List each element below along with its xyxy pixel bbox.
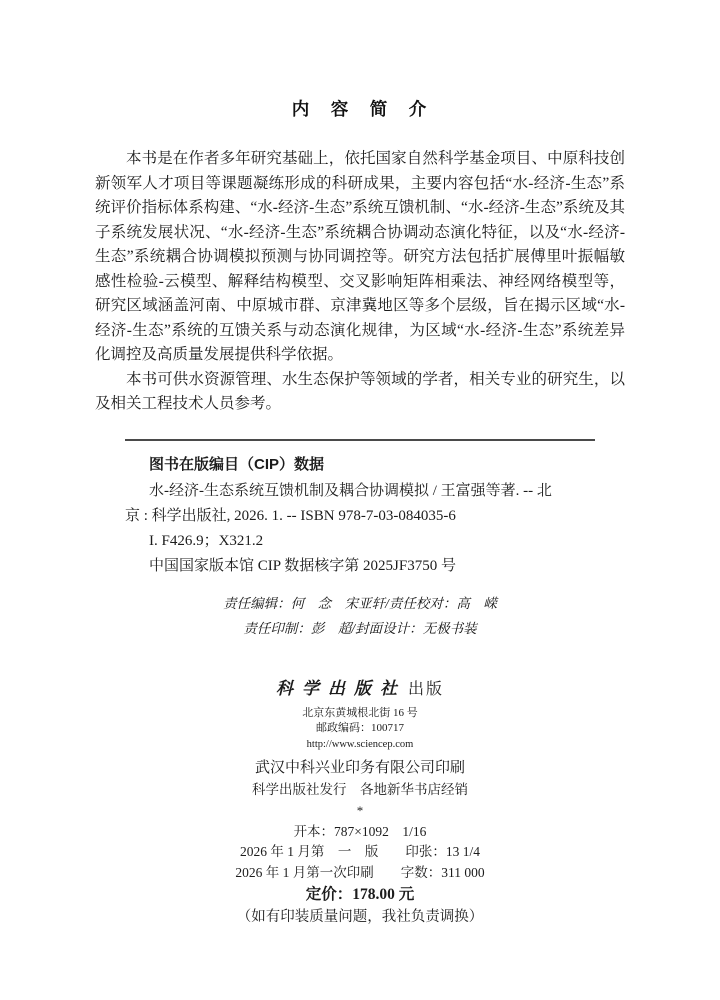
credits-printing-design-line: 责任印制：彭 超/封面设计：无极书装 bbox=[0, 616, 720, 641]
science-press-logo: 科学出版社 bbox=[276, 679, 406, 698]
cip-title-line: 水-经济-生态系统互馈机制及耦合协调模拟 / 王富强等著. -- 北 bbox=[125, 479, 595, 504]
summary-paragraph-1: 本书是在作者多年研究基础上，依托国家自然科学基金项目、中原科技创新领军人才项目等… bbox=[95, 147, 625, 368]
staff-credits: 责任编辑：何 念 宋亚轩/责任校对：高 嵘 责任印制：彭 超/封面设计：无极书装 bbox=[0, 591, 720, 641]
distribution-line: 科学出版社发行 各地新华书店经销 bbox=[0, 779, 720, 800]
publisher-line: 科学出版社出版 bbox=[0, 677, 720, 702]
content-summary-body: 本书是在作者多年研究基础上，依托国家自然科学基金项目、中原科技创新领军人才项目等… bbox=[95, 147, 625, 417]
cip-publisher-isbn-line: 京 : 科学出版社, 2026. 1. -- ISBN 978-7-03-084… bbox=[125, 504, 595, 529]
publisher-url: http://www.sciencep.com bbox=[0, 737, 720, 752]
summary-paragraph-2: 本书可供水资源管理、水生态保护等领域的学者，相关专业的研究生，以及相关工程技术人… bbox=[95, 368, 625, 417]
printing-line: 2026 年 1 月第一次印刷 字数：311 000 bbox=[0, 863, 720, 884]
price-line: 定价：178.00 元 bbox=[0, 884, 720, 906]
cip-classification-line: I. F426.9；X321.2 bbox=[125, 529, 595, 554]
copyright-page: 内 容 简 介 本书是在作者多年研究基础上，依托国家自然科学基金项目、中原科技创… bbox=[0, 0, 720, 1000]
content-summary-title: 内 容 简 介 bbox=[0, 96, 720, 121]
cip-heading: 图书在版编目（CIP）数据 bbox=[125, 452, 595, 477]
quality-note-line: （如有印装质量问题，我社负责调换） bbox=[0, 906, 720, 928]
cip-record-number-line: 中国国家版本馆 CIP 数据核字第 2025JF3750 号 bbox=[125, 554, 595, 579]
format-line: 开本：787×1092 1/16 bbox=[0, 822, 720, 843]
colophon: 科学出版社出版 北京东黄城根北街 16 号 邮政编码：100717 http:/… bbox=[0, 677, 720, 929]
publisher-address: 北京东黄城根北街 16 号 bbox=[0, 706, 720, 722]
edition-line: 2026 年 1 月第 一 版 印张：13 1/4 bbox=[0, 842, 720, 863]
publish-label: 出版 bbox=[408, 681, 444, 698]
credits-editors-line: 责任编辑：何 念 宋亚轩/责任校对：高 嵘 bbox=[0, 591, 720, 616]
publisher-postcode: 邮政编码：100717 bbox=[0, 721, 720, 737]
cip-data-block: 图书在版编目（CIP）数据 水-经济-生态系统互馈机制及耦合协调模拟 / 王富强… bbox=[125, 439, 595, 579]
divider-star: * bbox=[0, 802, 720, 820]
printer-line: 武汉中科兴业印务有限公司印刷 bbox=[0, 758, 720, 779]
